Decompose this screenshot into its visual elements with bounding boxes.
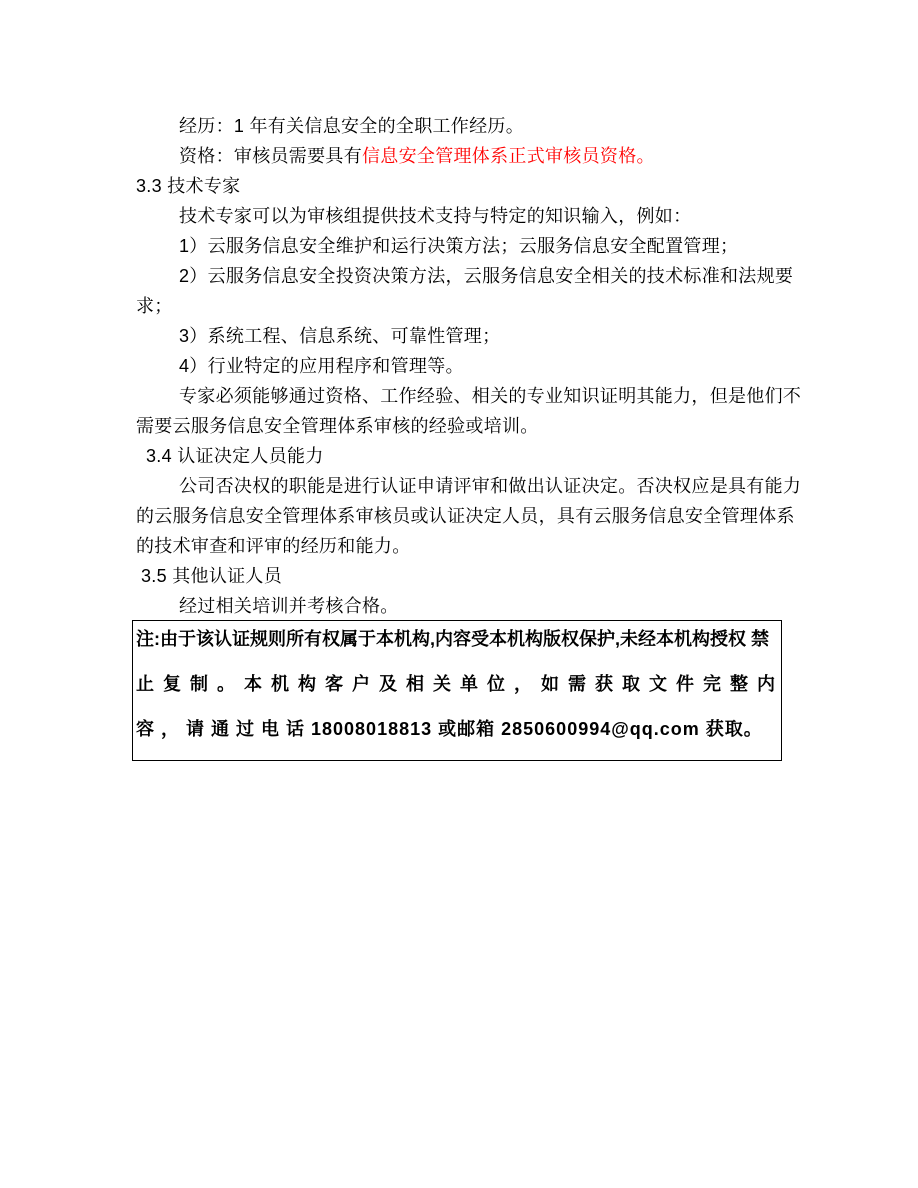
heading-3-5: 3.5 其他认证人员 [136,561,791,591]
notice-line-1: 注:由于该认证规则所有权属于本机构,内容受本机构版权保护,未经本机构授权 禁 [136,620,778,662]
document-body: 经历：1 年有关信息安全的全职工作经历。 资格：审核员需要具有信息安全管理体系正… [136,111,791,621]
para-veto-continuation-1: 的云服务信息安全管理体系审核员或认证决定人员，具有云服务信息安全管理体系 [136,501,791,531]
para-qualification-text: 资格：审核员需要具有 [179,146,362,166]
para-training: 经过相关培训并考核合格。 [136,591,791,621]
para-experience-text: 经历：1 年有关信息安全的全职工作经历。 [179,116,524,136]
para-expert-ability-text: 专家必须能够通过资格、工作经验、相关的专业知识证明其能力，但是他们不 [179,386,801,406]
heading-3-5-text: 3.5 其他认证人员 [141,566,282,586]
list-item-2: 2）云服务信息安全投资决策方法，云服务信息安全相关的技术标准和法规要 [136,261,791,291]
para-expert-ability: 专家必须能够通过资格、工作经验、相关的专业知识证明其能力，但是他们不 [136,381,791,411]
list-item-3-text: 3）系统工程、信息系统、可靠性管理； [179,326,500,346]
para-training-text: 经过相关培训并考核合格。 [179,596,399,616]
para-expert-ability-continuation-text: 需要云服务信息安全管理体系审核的经验或培训。 [136,416,539,436]
list-item-2-continuation-text: 求； [136,296,173,316]
para-expert-intro-text: 技术专家可以为审核组提供技术支持与特定的知识输入，例如： [179,206,691,226]
para-veto-continuation-1-text: 的云服务信息安全管理体系审核员或认证决定人员，具有云服务信息安全管理体系 [136,506,795,526]
list-item-3: 3）系统工程、信息系统、可靠性管理； [136,321,791,351]
heading-3-3: 3.3 技术专家 [136,171,791,201]
para-expert-intro: 技术专家可以为审核组提供技术支持与特定的知识输入，例如： [136,201,791,231]
para-veto: 公司否决权的职能是进行认证申请评审和做出认证决定。否决权应是具有能力 [136,471,791,501]
list-item-1: 1）云服务信息安全维护和运行决策方法；云服务信息安全配置管理； [136,231,791,261]
list-item-2-text: 2）云服务信息安全投资决策方法，云服务信息安全相关的技术标准和法规要 [179,266,793,286]
notice-line-3: 容 ， 请 通 过 电 话 18008018813 或邮箱 2850600994… [136,707,778,752]
heading-3-4-text: 3.4 认证决定人员能力 [146,446,324,466]
list-item-4-text: 4）行业特定的应用程序和管理等。 [179,356,464,376]
list-item-2-continuation: 求； [136,291,791,321]
para-veto-continuation-2-text: 的技术审查和评审的经历和能力。 [136,536,411,556]
para-expert-ability-continuation: 需要云服务信息安全管理体系审核的经验或培训。 [136,411,791,441]
copyright-notice-box: 注:由于该认证规则所有权属于本机构,内容受本机构版权保护,未经本机构授权 禁 止… [132,620,782,761]
heading-3-3-text: 3.3 技术专家 [136,176,240,196]
para-veto-text: 公司否决权的职能是进行认证申请评审和做出认证决定。否决权应是具有能力 [179,476,801,496]
para-experience: 经历：1 年有关信息安全的全职工作经历。 [136,111,791,141]
para-veto-continuation-2: 的技术审查和评审的经历和能力。 [136,531,791,561]
para-qualification: 资格：审核员需要具有信息安全管理体系正式审核员资格。 [136,141,791,171]
notice-line-2: 止 复 制 。 本 机 构 客 户 及 相 关 单 位 ， 如 需 获 取 文 … [136,662,778,707]
document-page: 经历：1 年有关信息安全的全职工作经历。 资格：审核员需要具有信息安全管理体系正… [0,0,918,1188]
list-item-4: 4）行业特定的应用程序和管理等。 [136,351,791,381]
highlighted-qualification-text: 信息安全管理体系正式审核员资格。 [362,146,655,166]
list-item-1-text: 1）云服务信息安全维护和运行决策方法；云服务信息安全配置管理； [179,236,738,256]
heading-3-4: 3.4 认证决定人员能力 [136,441,791,471]
